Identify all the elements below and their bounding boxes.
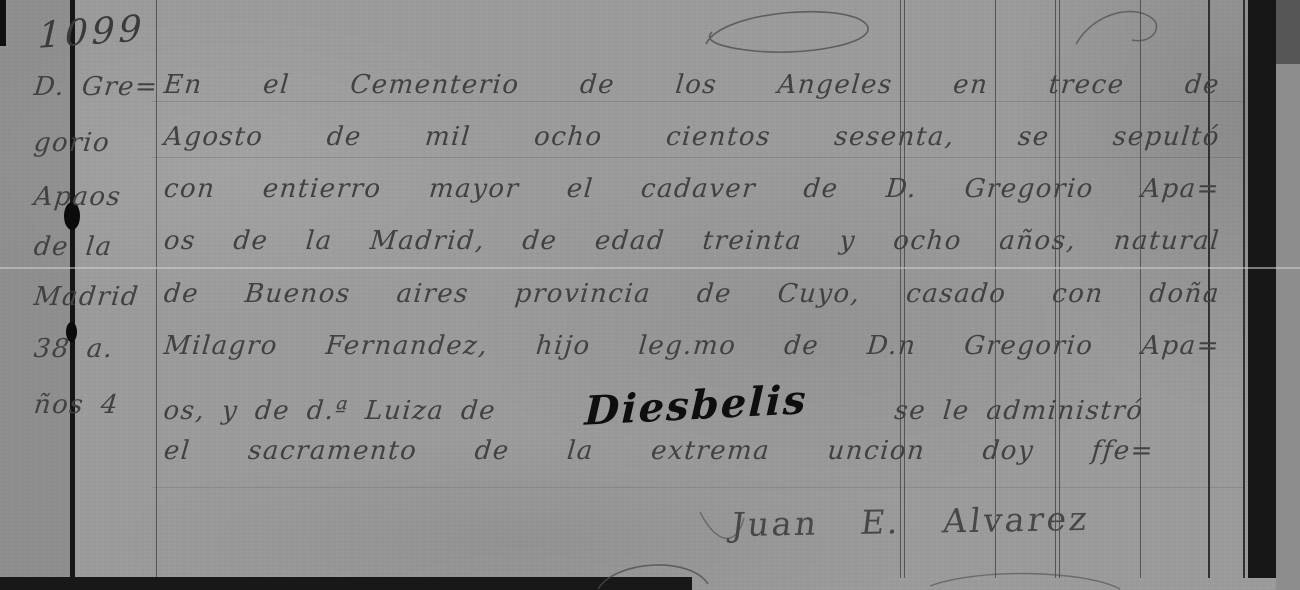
body-line-segment: se le administró — [893, 396, 1145, 426]
guide-line — [152, 157, 1244, 158]
bottom-edge-shadow — [0, 577, 692, 590]
right-page-edge-shadow — [1276, 0, 1300, 64]
guide-line — [152, 101, 1244, 102]
flourish-icon — [706, 12, 868, 52]
margin-line: Apaos — [32, 182, 123, 212]
margin-line: 38 a. — [32, 334, 115, 364]
margin-line: D. Gre= — [32, 72, 159, 102]
margin-line: gorio — [32, 128, 111, 158]
body-line: os de la Madrid, de edad treinta y ocho … — [163, 226, 1222, 256]
flourish-icon — [930, 574, 1120, 589]
right-page-edge — [1276, 0, 1300, 590]
body-line-segment: os, y de d.ª Luiza de — [162, 396, 497, 426]
margin-line: ños 4 — [32, 390, 120, 420]
record-number: 1099 — [37, 8, 146, 57]
body-line-with-correction: os, y de d.ª Luiza de Diesbelis se le ad… — [162, 382, 1146, 429]
body-line: con entierro mayor el cadaver de D. Greg… — [163, 174, 1222, 204]
body-line: Milagro Fernandez, hijo leg.mo de D.n Gr… — [163, 331, 1222, 361]
body-line: el sacramento de la extrema uncion doy f… — [163, 436, 1156, 466]
body-line: En el Cementerio de los Angeles en trece… — [163, 70, 1222, 100]
priest-signature: Juan E. Alvarez — [729, 499, 1092, 544]
overwritten-word: Diesbelis — [584, 376, 809, 435]
margin-line: Madrid — [32, 282, 140, 312]
column-rule-6 — [1243, 0, 1245, 578]
margin-line: de la — [32, 232, 114, 262]
body-line: Agosto de mil ocho cientos sesenta, se s… — [163, 122, 1222, 152]
flourish-icon — [1076, 12, 1157, 44]
register-page: 1099 D. Gre= gorio Apaos de la Madrid 38… — [0, 0, 1300, 590]
guide-line — [152, 487, 1244, 488]
gutter-ink-band — [1248, 0, 1276, 578]
scratch-line — [0, 267, 1300, 269]
binding-mark-top — [0, 0, 6, 46]
body-line: de Buenos aires provincia de Cuyo, casad… — [163, 279, 1222, 309]
